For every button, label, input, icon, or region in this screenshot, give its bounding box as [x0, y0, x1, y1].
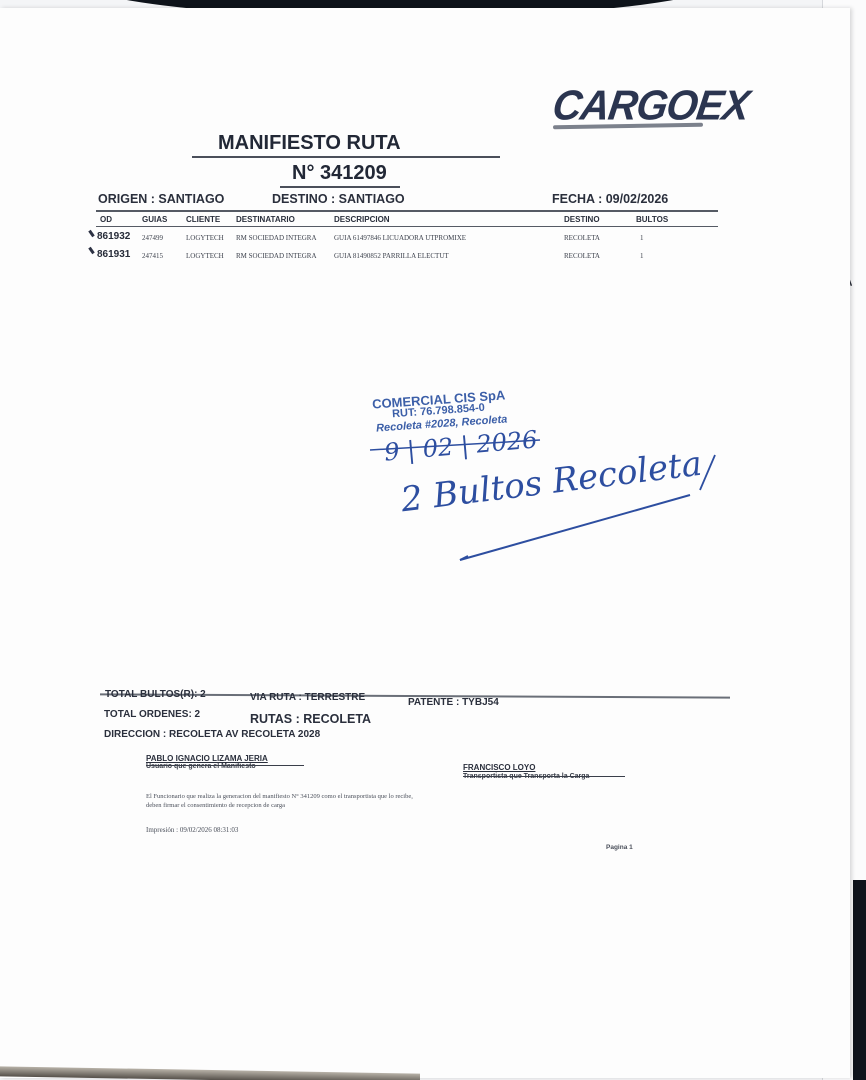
document-title: MANIFIESTO RUTA — [218, 132, 401, 155]
total-ordenes: TOTAL ORDENES: 2 — [104, 709, 200, 720]
direccion: DIRECCION : RECOLETA AV RECOLETA 2028 — [104, 729, 320, 740]
generator-role: Usuario que genera el Manifiesto — [146, 763, 256, 770]
col-guias: GUIAS — [142, 215, 167, 224]
carrier-role: Transportista que Transporta la Carga — [463, 773, 589, 780]
notice-line-2: deben firmar el consentimiento de recepc… — [146, 802, 285, 809]
row-guia: 247499 — [142, 234, 163, 242]
row-bultos: 1 — [640, 234, 644, 242]
printed-timestamp: Impresión : 09/02/2026 08:31:03 — [146, 826, 238, 834]
col-destino: DESTINO — [564, 215, 600, 224]
destination-label: DESTINO : SANTIAGO — [272, 192, 405, 206]
total-bultos: TOTAL BULTOS(R): 2 — [105, 689, 206, 700]
notice-line-1: El Funcionario que realiza la generacion… — [146, 793, 413, 800]
patente: PATENTE : TYBJ54 — [408, 697, 499, 708]
via-ruta: VIA RUTA : TERRESTRE — [250, 692, 365, 703]
number-underline — [280, 186, 400, 188]
row-od: 861932 — [97, 231, 130, 242]
manifest-number: N° 341209 — [292, 162, 387, 185]
generator-name: PABLO IGNACIO LIZAMA JERIA — [146, 754, 268, 763]
row-cliente: LOGYTECH — [186, 252, 224, 260]
row-descripcion: GUIA 81490852 PARRILLA ELECTUT — [334, 252, 449, 260]
row-bultos: 1 — [640, 252, 644, 260]
col-bultos: BULTOS — [636, 215, 668, 224]
rutas: RUTAS : RECOLETA — [250, 712, 371, 726]
title-underline — [192, 156, 500, 158]
col-cliente: CLIENTE — [186, 215, 220, 224]
row-destinatario: RM SOCIEDAD INTEGRA — [236, 252, 317, 260]
col-descripcion: DESCRIPCION — [334, 215, 390, 224]
col-od: OD — [100, 215, 112, 224]
carrier-name: FRANCISCO LOYO — [463, 763, 535, 772]
row-cliente: LOGYTECH — [186, 234, 224, 242]
date-label: FECHA : 09/02/2026 — [552, 192, 668, 206]
row-destino: RECOLETA — [564, 252, 600, 260]
row-destinatario: RM SOCIEDAD INTEGRA — [236, 234, 317, 242]
col-destinatario: DESTINATARIO — [236, 215, 295, 224]
photo-background-dark — [853, 880, 866, 1080]
table-header-rule — [96, 226, 718, 227]
row-destino: RECOLETA — [564, 234, 600, 242]
row-od: 861931 — [97, 249, 130, 260]
row-descripcion: GUIA 61497846 LICUADORA UTPROMIXE — [334, 234, 466, 242]
page-number: Pagina 1 — [606, 844, 633, 851]
row-guia: 247415 — [142, 252, 163, 260]
table-top-rule — [96, 210, 718, 212]
origin-label: ORIGEN : SANTIAGO — [98, 192, 224, 206]
